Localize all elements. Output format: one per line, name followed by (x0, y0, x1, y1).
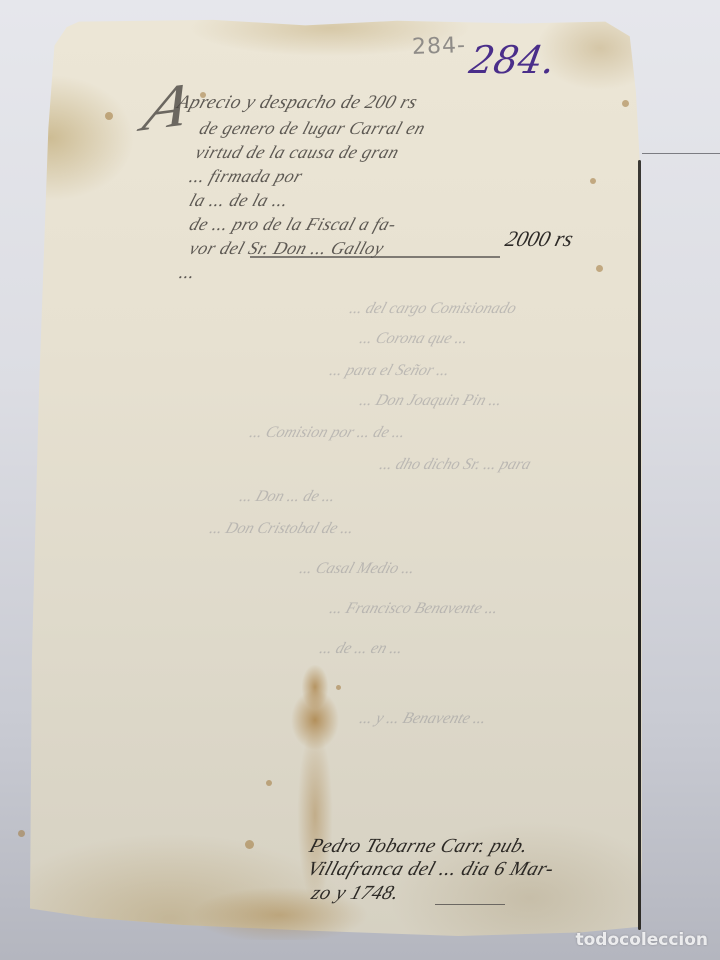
stain-spot (622, 100, 629, 107)
header-line: la ... de la ... (187, 190, 292, 211)
stain-spot (590, 178, 596, 184)
header-rule (250, 256, 500, 258)
bleed-line: ... Don Joaquin Pin ... (357, 392, 504, 410)
header-line: de ... pro de la Fiscal a fa- (187, 214, 400, 235)
background-edge-line (642, 153, 720, 154)
bleed-line: ... Don ... de ... (237, 488, 338, 506)
bleed-line: ... de ... en ... (317, 640, 405, 658)
bleed-line: ... Don Cristobal de ... (207, 520, 356, 538)
signature-line: Pedro Tobarne Carr. pub. (306, 835, 531, 858)
bleed-line: ... Casal Medio ... (297, 560, 417, 578)
archive-number-pencil: 284- (412, 33, 467, 60)
archive-number-ink: 284. (466, 38, 558, 82)
bleed-line: ... Corona que ... (357, 330, 470, 348)
signature-rule (435, 904, 505, 905)
stain-spot (105, 112, 113, 120)
stain-spot (18, 830, 25, 837)
watermark-todocoleccion: todocoleccion (575, 930, 708, 950)
stain-spot (266, 780, 272, 786)
signature-line: Villafranca del ... dia 6 Mar- (304, 858, 557, 881)
bleed-line: ... Comision por ... de ... (247, 424, 408, 442)
header-line: de genero de lugar Carral en (197, 118, 429, 139)
stain-spot (336, 685, 341, 690)
bleed-line: ... del cargo Comisionado (347, 300, 518, 318)
amount-text: 2000 rs (503, 226, 577, 252)
bleed-line: ... para el Señor ... (327, 362, 452, 380)
paper-edge-shadow (638, 160, 641, 930)
header-line: Aprecio y despacho de 200 rs (174, 92, 420, 114)
stain-spot (596, 265, 603, 272)
header-line: virtud de la causa de gran (193, 142, 402, 163)
bleed-line: ... y ... Benavente ... (357, 710, 489, 728)
signature-line: zo y 1748. (308, 882, 402, 905)
bleed-line: ... Francisco Benavente ... (327, 600, 500, 618)
header-line: ... firmada por (187, 166, 306, 187)
bleed-line: ... dho dicho Sr. ... para (377, 456, 533, 474)
stain-spot (245, 840, 254, 849)
